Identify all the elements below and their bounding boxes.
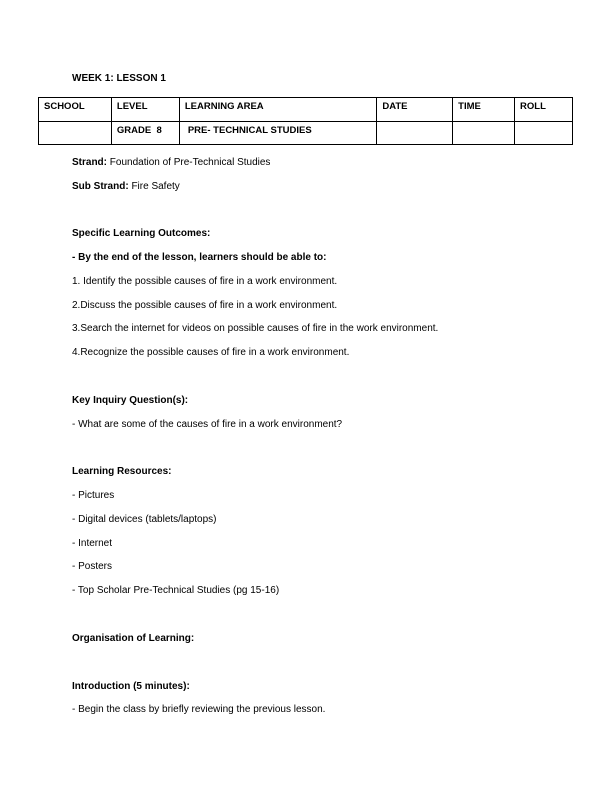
- resource-item: - Pictures: [72, 490, 114, 502]
- inquiry-item: - What are some of the causes of fire in…: [72, 419, 342, 431]
- strand-line: Strand: Foundation of Pre-Technical Stud…: [72, 157, 270, 169]
- outcome-item: 1. Identify the possible causes of fire …: [72, 276, 337, 288]
- header-level: LEVEL: [111, 98, 179, 122]
- header-roll: ROLL: [515, 98, 573, 122]
- document-page: WEEK 1: LESSON 1 SCHOOL LEVEL LEARNING A…: [0, 0, 612, 792]
- introduction-title: Introduction (5 minutes):: [72, 681, 190, 693]
- resource-item: - Internet: [72, 538, 112, 550]
- strand-value: Foundation of Pre-Technical Studies: [107, 157, 270, 168]
- outcome-item: 4.Recognize the possible causes of fire …: [72, 347, 349, 359]
- introduction-item: - Begin the class by briefly reviewing t…: [72, 704, 325, 716]
- outcomes-title: Specific Learning Outcomes:: [72, 228, 210, 240]
- lesson-heading: WEEK 1: LESSON 1: [72, 73, 166, 85]
- outcomes-intro: - By the end of the lesson, learners sho…: [72, 252, 327, 264]
- lesson-info-table: SCHOOL LEVEL LEARNING AREA DATE TIME ROL…: [38, 97, 573, 145]
- sub-strand-value: Fire Safety: [129, 181, 180, 192]
- cell-time: [453, 122, 515, 145]
- resource-item: - Top Scholar Pre-Technical Studies (pg …: [72, 585, 279, 597]
- cell-date: [377, 122, 453, 145]
- sub-strand-line: Sub Strand: Fire Safety: [72, 181, 180, 193]
- resources-title: Learning Resources:: [72, 466, 171, 478]
- cell-level: GRADE 8: [111, 122, 179, 145]
- resource-item: - Digital devices (tablets/laptops): [72, 514, 217, 526]
- cell-roll: [515, 122, 573, 145]
- header-date: DATE: [377, 98, 453, 122]
- inquiry-title: Key Inquiry Question(s):: [72, 395, 188, 407]
- sub-strand-label: Sub Strand:: [72, 181, 129, 192]
- outcome-item: 3.Search the internet for videos on poss…: [72, 323, 438, 335]
- strand-label: Strand:: [72, 157, 107, 168]
- outcome-item: 2.Discuss the possible causes of fire in…: [72, 300, 337, 312]
- header-school: SCHOOL: [39, 98, 112, 122]
- cell-school: [39, 122, 112, 145]
- cell-learning-area: PRE- TECHNICAL STUDIES: [179, 122, 376, 145]
- header-learning-area: LEARNING AREA: [179, 98, 376, 122]
- table-header-row: SCHOOL LEVEL LEARNING AREA DATE TIME ROL…: [39, 98, 573, 122]
- header-time: TIME: [453, 98, 515, 122]
- table-row: GRADE 8 PRE- TECHNICAL STUDIES: [39, 122, 573, 145]
- resource-item: - Posters: [72, 561, 112, 573]
- organisation-title: Organisation of Learning:: [72, 633, 194, 645]
